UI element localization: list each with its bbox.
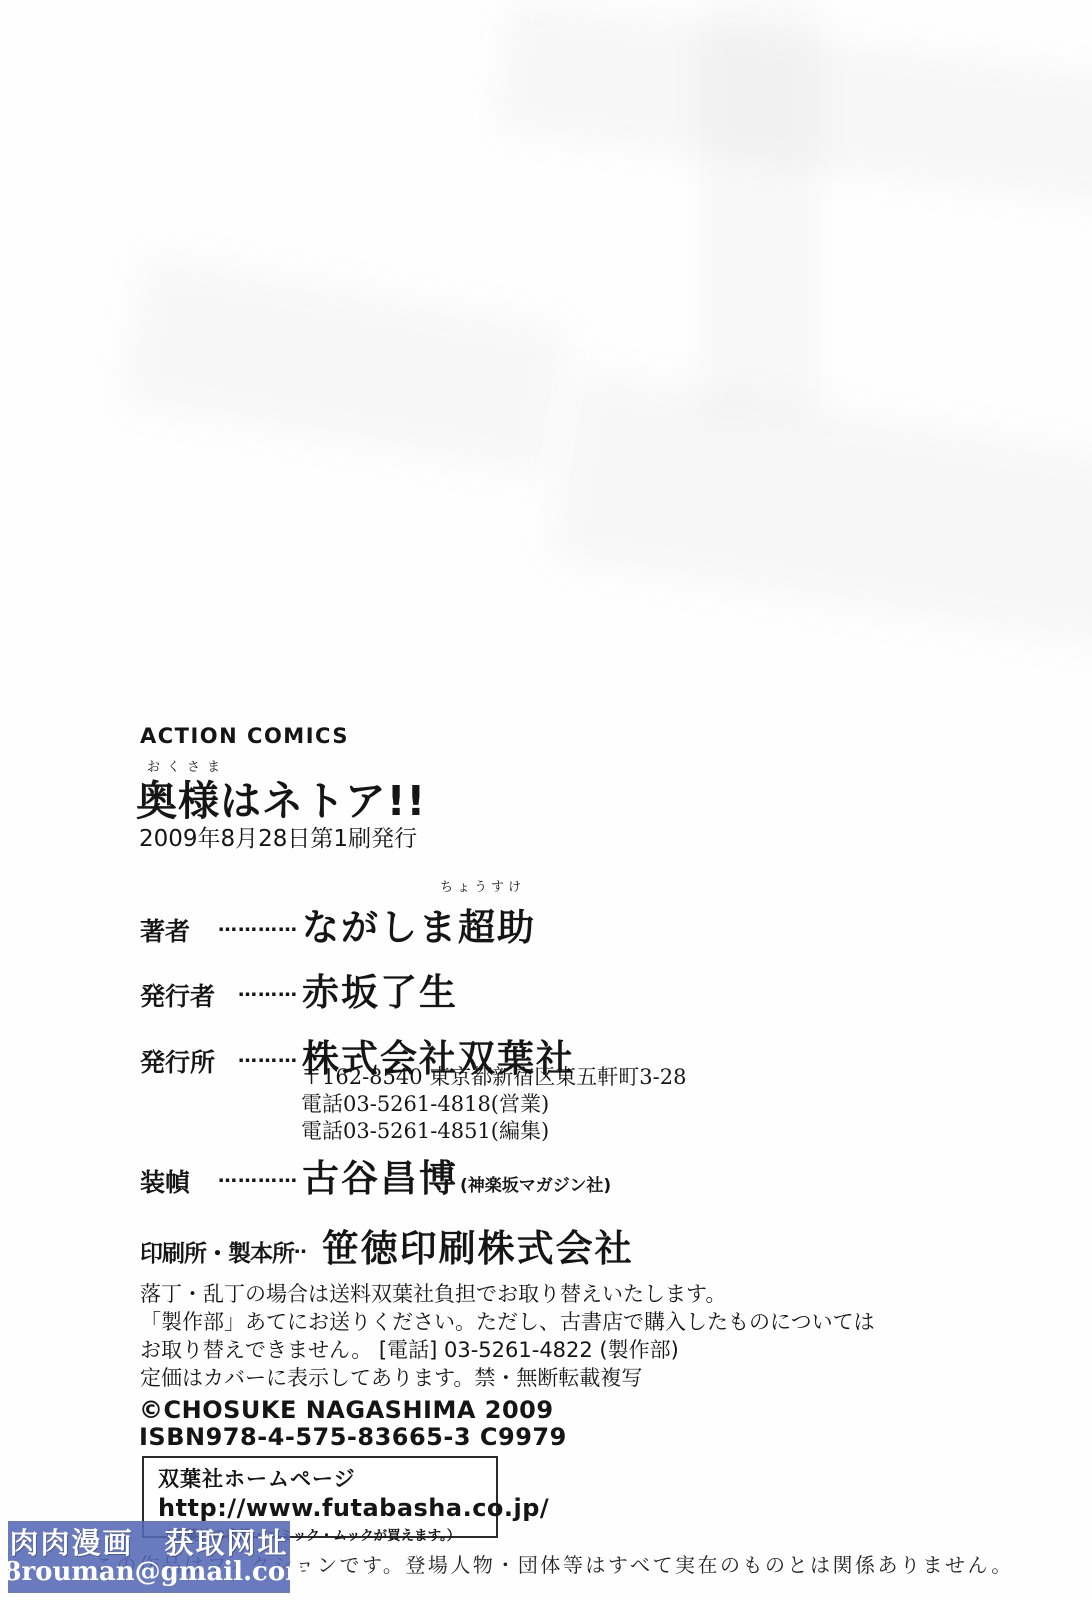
- notice-line-1: 落丁・乱丁の場合は送料双葉社負担でお取り替えいたします。: [140, 1280, 875, 1308]
- watermark-title: 肉肉漫画 获取网址: [9, 1528, 288, 1558]
- isbn-line: ISBN978-4-575-83665-3 C9979: [139, 1423, 567, 1451]
- notice-line-4: 定価はカバーに表示してあります。禁・無断転載複写: [140, 1364, 875, 1392]
- publisher-details: 〒162-8540 東京都新宿区東五軒町3-28 電話03-5261-4818(…: [301, 1064, 686, 1145]
- copyright-line: ©CHOSUKE NAGASHIMA 2009: [139, 1396, 554, 1424]
- credit-row-author: 著者 ………… ながしま超助: [140, 897, 536, 951]
- dot-leader: ………: [238, 1045, 298, 1067]
- homepage-title: 双葉社ホームページ: [158, 1463, 496, 1493]
- credit-row-cover-design: 装幀 ………… 古谷昌博 (神楽坂マガジン社): [140, 1148, 611, 1202]
- watermark-overlay: 肉肉漫画 获取网址 18rouman@gmail.com: [8, 1521, 290, 1593]
- homepage-url: http://www.futabasha.co.jp/: [158, 1494, 496, 1522]
- publisher-phone-sales: 電話03-5261-4818(営業): [301, 1091, 686, 1118]
- notice-line-2: 「製作部」あてにお送りください。ただし、古書店で購入したものについては: [140, 1308, 875, 1336]
- book-title: 奥様はネトア!!: [136, 768, 426, 827]
- publisher-phone-edit: 電話03-5261-4851(編集): [301, 1118, 686, 1145]
- author-name-furigana: ちょうすけ: [440, 876, 525, 895]
- colophon-page: ACTION COMICS おくさま 奥様はネトア!! 2009年8月28日第1…: [0, 0, 1092, 1600]
- dot-leader: …………: [218, 1165, 298, 1187]
- author-name: ながしま超助: [302, 897, 536, 951]
- credit-row-printer: 印刷所・製本所 ‥ 笹徳印刷株式会社: [140, 1218, 634, 1272]
- dot-leader: …………: [218, 914, 298, 936]
- scan-shadow: [120, 254, 570, 476]
- credit-label: 著者: [140, 912, 190, 948]
- print-date: 2009年8月28日第1刷発行: [139, 820, 417, 853]
- printer-name: 笹徳印刷株式会社: [322, 1218, 634, 1272]
- cover-designer-note: (神楽坂マガジン社): [460, 1171, 611, 1196]
- publisher-address: 〒162-8540 東京都新宿区東五軒町3-28: [301, 1064, 686, 1091]
- credit-label: 発行者: [140, 977, 215, 1013]
- scan-shadow: [549, 371, 1092, 659]
- publisher-person-name: 赤坂了生: [302, 962, 458, 1016]
- scan-shadow: [700, 0, 820, 420]
- dot-leader: ………: [238, 979, 298, 1001]
- credit-label: 発行所: [140, 1043, 215, 1079]
- replacement-notice: 落丁・乱丁の場合は送料双葉社負担でお取り替えいたします。 「製作部」あてにお送り…: [140, 1280, 875, 1392]
- credit-label: 装幀: [140, 1163, 190, 1199]
- credit-label: 印刷所・製本所: [140, 1235, 294, 1268]
- scan-shadow: [494, 1, 1092, 208]
- watermark-email: 18rouman@gmail.com: [0, 1559, 313, 1586]
- notice-line-3: お取り替えできません。 [電話] 03-5261-4822 (製作部): [140, 1336, 875, 1364]
- dot-leader: ‥: [294, 1236, 308, 1258]
- imprint-label: ACTION COMICS: [140, 724, 349, 748]
- credit-row-publisher-person: 発行者 ……… 赤坂了生: [140, 962, 458, 1016]
- cover-designer-name: 古谷昌博: [302, 1148, 458, 1202]
